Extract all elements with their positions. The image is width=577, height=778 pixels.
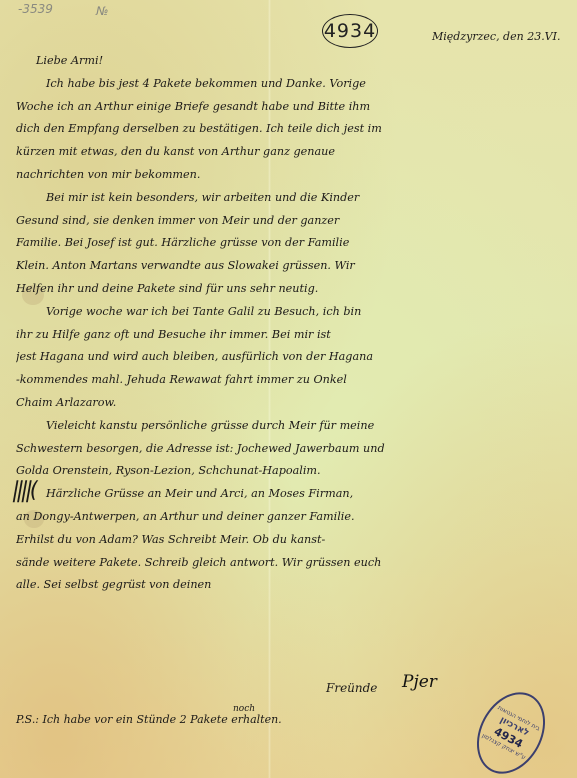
letter-line: Vorige woche war ich bei Tante Galil zu … <box>16 301 561 324</box>
archive-number-circled: 4934 <box>322 14 378 48</box>
letter-line: jest Hagana und wird auch bleiben, ausfü… <box>16 346 561 369</box>
postscript: P.S.: Ich habe vor ein Stünde 2 Pakete e… <box>16 713 282 726</box>
letter-line: ihr zu Hilfe ganz oft und Besuche ihr im… <box>16 324 561 347</box>
letter-body: Liebe Armi! Ich habe bis jest 4 Pakete b… <box>16 50 561 597</box>
pencil-mark: № <box>96 4 108 18</box>
letter-line: dich den Empfang derselben zu bestätigen… <box>16 118 561 141</box>
letter-line: Vieleicht kanstu persönliche grüsse durc… <box>16 415 561 438</box>
letter-line: Erhilst du von Adam? Was Schreibt Meir. … <box>16 529 561 552</box>
letter-line: Helfen ihr und deine Pakete sind für uns… <box>16 278 561 301</box>
place-date: Międzyrzec, den 23.VI. <box>432 30 560 43</box>
archive-number-text: 4934 <box>324 20 376 42</box>
letter-line: Gesund sind, sie denken immer von Meir u… <box>16 210 561 233</box>
letter-line: Schwestern besorgen, die Adresse ist: Jo… <box>16 438 561 461</box>
letter-line: alle. Sei selbst gegrüst von deinen <box>16 574 561 597</box>
letter-line: sände weitere Pakete. Schreib gleich ant… <box>16 552 561 575</box>
pencil-note: -3539 <box>18 2 53 16</box>
letter-line: Woche ich an Arthur einige Briefe gesand… <box>16 96 561 119</box>
letter-line: Golda Orenstein, Ryson-Lezion, Schchunat… <box>16 460 561 483</box>
letter-line: Härzliche Grüsse an Meir und Arci, an Mo… <box>16 483 561 506</box>
archive-stamp: בית לוחמי הגטאות לארכיון 4934 ע"ש יצחק ק… <box>463 680 558 778</box>
letter-line: Ich habe bis jest 4 Pakete bekommen und … <box>16 73 561 96</box>
salutation: Liebe Armi! <box>16 50 561 73</box>
letter-line: Klein. Anton Martans verwandte aus Slowa… <box>16 255 561 278</box>
signature: Pjer <box>402 672 437 692</box>
margin-tally-marks: ||||( <box>10 478 38 503</box>
letter-line: an Dongy-Antwerpen, an Arthur und deiner… <box>16 506 561 529</box>
letter-line: Chaim Arlazarow. <box>16 392 561 415</box>
letter-line: -kommendes mahl. Jehuda Rewawat fahrt im… <box>16 369 561 392</box>
letter-line: nachrichten von mir bekommen. <box>16 164 561 187</box>
letter-line: kürzen mit etwas, den du kanst von Arthu… <box>16 141 561 164</box>
closing: Freünde <box>326 681 377 695</box>
letter-line: Familie. Bei Josef ist gut. Härzliche gr… <box>16 232 561 255</box>
letter-line: Bei mir ist kein besonders, wir arbeiten… <box>16 187 561 210</box>
